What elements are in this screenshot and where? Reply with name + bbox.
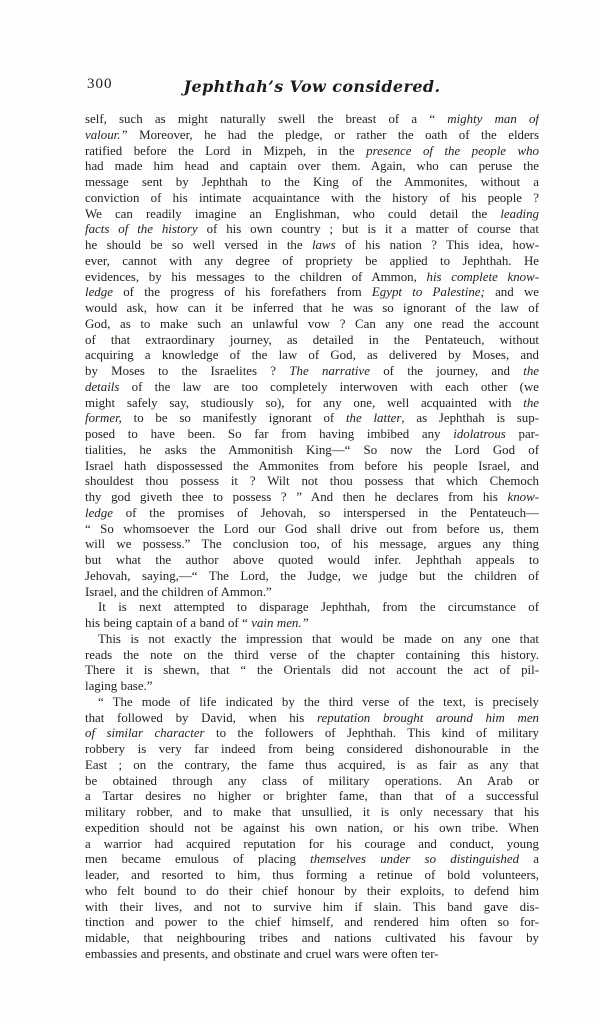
text-line: “ So whomsoever the Lord our God shall d…: [85, 522, 539, 538]
text-line: by Moses to the Israelites ? The narrati…: [85, 364, 539, 380]
text-line: former, to be so manifestly ignorant of …: [85, 411, 539, 427]
text-line: ratified before the Lord in Mizpeh, in t…: [85, 144, 539, 160]
text-block: self, such as might naturally swell the …: [85, 112, 539, 963]
text-line: Jehovah, saying,—“ The Lord, the Judge, …: [85, 569, 539, 585]
paragraph: It is next attempted to disparage Jephth…: [85, 600, 539, 632]
text-line: would ask, how can it be inferred that h…: [85, 301, 539, 317]
text-line: midable, that neighbouring tribes and na…: [85, 931, 539, 947]
text-line: evidences, by his messages to the childr…: [85, 270, 539, 286]
text-line: he should be so well versed in the laws …: [85, 238, 539, 254]
text-line: his being captain of a band of “ vain me…: [85, 616, 539, 632]
text-line: It is next attempted to disparage Jephth…: [85, 600, 539, 616]
text-line: facts of the history of his own country …: [85, 222, 539, 238]
text-line: We can readily imagine an Englishman, wh…: [85, 207, 539, 223]
text-line: acquiring a knowledge of the law of God,…: [85, 348, 539, 364]
text-line: God, as to make such an unlawful vow ? C…: [85, 317, 539, 333]
running-header: 300 Jephthah’s Vow considered.: [85, 76, 539, 112]
text-line: reads the note on the third verse of the…: [85, 648, 539, 664]
text-line: tinction and power to the chief himself,…: [85, 915, 539, 931]
text-line: shouldest thou possess it ? Wilt not tho…: [85, 474, 539, 490]
text-column: 300 Jephthah’s Vow considered. self, suc…: [85, 76, 539, 963]
text-line: ledge of the progress of his forefathers…: [85, 285, 539, 301]
text-line: There it is shewn, that “ the Orientals …: [85, 663, 539, 679]
text-line: East ; on the contrary, the fame thus ac…: [85, 758, 539, 774]
text-line: a warrior had acquired reputation for hi…: [85, 837, 539, 853]
text-line: might safely say, studiously so), for an…: [85, 396, 539, 412]
text-line: men became emulous of placing themselves…: [85, 852, 539, 868]
text-line: who felt bound to do their chief honour …: [85, 884, 539, 900]
paragraph: self, such as might naturally swell the …: [85, 112, 539, 600]
text-line: that followed by David, when his reputat…: [85, 711, 539, 727]
text-line: thy god giveth thee to possess ? ” And t…: [85, 490, 539, 506]
text-line: embassies and presents, and obstinate an…: [85, 947, 539, 963]
text-line: with their lives, and not to survive him…: [85, 900, 539, 916]
text-line: of that extraordinary journey, as detail…: [85, 333, 539, 349]
text-line: details of the law are too completely in…: [85, 380, 539, 396]
text-line: message sent by Jephthah to the King of …: [85, 175, 539, 191]
paragraph: This is not exactly the impression that …: [85, 632, 539, 695]
text-line: self, such as might naturally swell the …: [85, 112, 539, 128]
paragraph: “ The mode of life indicated by the thir…: [85, 695, 539, 963]
text-line: Israel hath dispossessed the Ammonites f…: [85, 459, 539, 475]
text-line: had made him head and captain over them.…: [85, 159, 539, 175]
text-line: of similar character to the followers of…: [85, 726, 539, 742]
text-line: Israel, and the children of Ammon.”: [85, 585, 539, 601]
text-line: expedition should not be against his own…: [85, 821, 539, 837]
text-line: laging base.”: [85, 679, 539, 695]
text-line: ledge of the promises of Jehovah, so int…: [85, 506, 539, 522]
text-line: robbery is very far indeed from being co…: [85, 742, 539, 758]
text-line: tialities, he asks the Ammonitish King—“…: [85, 443, 539, 459]
book-page: 300 Jephthah’s Vow considered. self, suc…: [0, 0, 599, 1019]
page-title: Jephthah’s Vow considered.: [85, 77, 539, 96]
text-line: leader, and resorted to him, thus formin…: [85, 868, 539, 884]
text-line: ever, cannot with any degree of propriet…: [85, 254, 539, 270]
text-line: but what the author above quoted would i…: [85, 553, 539, 569]
text-line: valour.” Moreover, he had the pledge, or…: [85, 128, 539, 144]
text-line: This is not exactly the impression that …: [85, 632, 539, 648]
text-line: a Tartar desires no higher or brighter f…: [85, 789, 539, 805]
text-line: posed to have been. So far from having i…: [85, 427, 539, 443]
text-line: be obtained through any class of militar…: [85, 774, 539, 790]
text-line: military robber, and to make that unsull…: [85, 805, 539, 821]
text-line: will we possess.” The conclusion too, of…: [85, 537, 539, 553]
text-line: “ The mode of life indicated by the thir…: [85, 695, 539, 711]
text-line: conviction of his intimate acquaintance …: [85, 191, 539, 207]
